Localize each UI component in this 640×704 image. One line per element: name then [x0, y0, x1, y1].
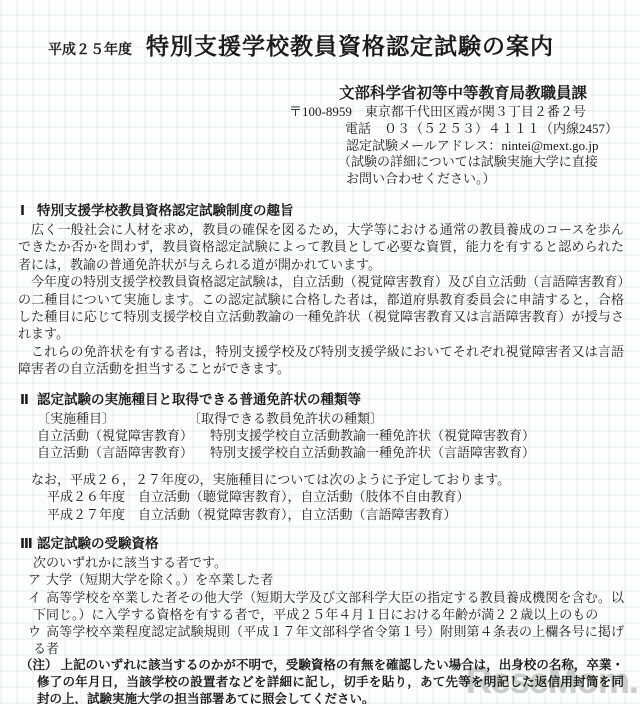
section-exam-purpose: Ⅰ 特別支援学校教員資格認定試験制度の趣旨 広く一般社会に人材を求め，教員の確保… [18, 202, 624, 378]
list-item-text: 高等学校卒業程度認定試験規則（平成１７年文部科学省令第１号）附則第４条表の上欄各… [33, 624, 624, 656]
license-cell: 特別支援学校自立活動教諭一種免許状（視覚障害教育） [210, 427, 535, 444]
list-item-text: 高等学校を卒業した者その他大学（短期大学及び文部科学大臣の指定する教員養成機関を… [33, 590, 624, 622]
table-row: 自立活動（視覚障害教育） 特別支援学校自立活動教諭一種免許状（視覚障害教育） [18, 427, 624, 444]
list-item: ウ高等学校卒業程度認定試験規則（平成１７年文部科学省令第１号）附則第４条表の上欄… [18, 623, 624, 657]
section-number: Ⅱ [18, 391, 37, 409]
license-cell: 特別支援学校自立活動教諭一種免許状（言語障害教育） [210, 444, 535, 461]
contact-remark-line1: （試験の詳細については試験実施大学に直接 [338, 154, 630, 171]
column-header-license: 〔取得できる教員免許状の種類〕 [188, 410, 383, 427]
section-number: Ⅲ [18, 535, 37, 553]
eligibility-intro: 次のいずれかに該当する者です。 [33, 554, 624, 571]
caution-note: （注）上記のいずれに該当するのかが不明で，受験資格の有無を確認したい場合は，出身… [18, 657, 624, 704]
contact-remark-line2: お問い合わせください。） [346, 171, 630, 188]
section-title: 認定試験の実施種目と取得できる普通免許状の種類等 [37, 391, 361, 409]
section-title: 特別支援学校教員資格認定試験制度の趣旨 [37, 202, 294, 220]
contact-department: 文部科学省初等中等教育局教職員課 [339, 84, 630, 103]
document-content: 平成２５年度 特別支援学校教員資格認定試験の案内 文部科学省初等中等教育局教職員… [0, 0, 640, 704]
subject-cell: 自立活動（視覚障害教育） [37, 427, 193, 444]
paragraph: 広く一般社会に人材を求め，教員の確保を図るため，大学等における通常の教員養成のコ… [18, 221, 624, 273]
column-header-subject: 〔実施種目〕 [37, 410, 115, 427]
future-plan-line: 平成２７年度 自立活動（視覚障害教育），自立活動（言語障害教育） [47, 506, 624, 523]
section-eligibility: Ⅲ 認定試験の受験資格 次のいずれかに該当する者です。 ア大学（短期大学を除く。… [18, 535, 624, 704]
list-item-label: ア [28, 572, 41, 587]
section-heading: Ⅱ 認定試験の実施種目と取得できる普通免許状の種類等 [18, 391, 624, 409]
section-title: 認定試験の受験資格 [37, 535, 159, 553]
contact-block: 文部科学省初等中等教育局教職員課 〒100-8959 東京都千代田区霞が関３丁目… [289, 84, 630, 188]
caution-note-text: 上記のいずれに該当するのかが不明で，受験資格の有無を確認したい場合は，出身校の名… [37, 658, 624, 704]
paragraph: 今年度の特別支援学校教員資格認定試験は，自立活動（視覚障害教育）及び自立活動（言… [18, 273, 624, 343]
list-item: イ高等学校を卒業した者その他大学（短期大学及び文部科学大臣の指定する教員養成機関… [18, 589, 624, 623]
contact-postal-address: 〒100-8959 東京都千代田区霞が関３丁目２番２号 [289, 104, 630, 121]
section-subjects-licenses: Ⅱ 認定試験の実施種目と取得できる普通免許状の種類等 〔実施種目〕 〔取得できる… [18, 391, 624, 523]
paragraph: これらの免許状を有する者は，特別支援学校及び特別支援学級においてそれぞれ視覚障害… [18, 343, 624, 378]
list-item: ア大学（短期大学を除く。）を卒業した者 [18, 571, 624, 588]
contact-email: 認定試験メールアドレス：nintei@mext.go.jp [346, 138, 630, 155]
table-header-row: 〔実施種目〕 〔取得できる教員免許状の種類〕 [18, 410, 624, 427]
page-title: 特別支援学校教員資格認定試験の案内 [146, 28, 554, 61]
future-schedule-note: なお，平成２６，２７年度の，実施種目については次のように予定しております。 [18, 471, 624, 488]
section-heading: Ⅲ 認定試験の受験資格 [18, 535, 624, 553]
document-page: 平成２５年度 特別支援学校教員資格認定試験の案内 文部科学省初等中等教育局教職員… [0, 0, 640, 704]
list-item-text: 大学（短期大学を除く。）を卒業した者 [46, 572, 273, 587]
subject-cell: 自立活動（言語障害教育） [37, 444, 193, 461]
future-plan-line: 平成２６年度 自立活動（聴覚障害教育），自立活動（肢体不自由教育） [47, 488, 624, 505]
list-item-label: イ [28, 590, 41, 605]
caution-note-label: （注） [20, 658, 58, 672]
table-row: 自立活動（言語障害教育） 特別支援学校自立活動教諭一種免許状（言語障害教育） [18, 444, 624, 461]
list-item-label: ウ [28, 624, 41, 639]
section-number: Ⅰ [18, 202, 37, 220]
fiscal-year-label: 平成２５年度 [48, 39, 132, 59]
document-header: 平成２５年度 特別支援学校教員資格認定試験の案内 [0, 0, 640, 61]
contact-phone: 電話 ０３（５２５３）４１１１（内線2457） [345, 121, 630, 138]
section-heading: Ⅰ 特別支援学校教員資格認定試験制度の趣旨 [18, 202, 624, 220]
